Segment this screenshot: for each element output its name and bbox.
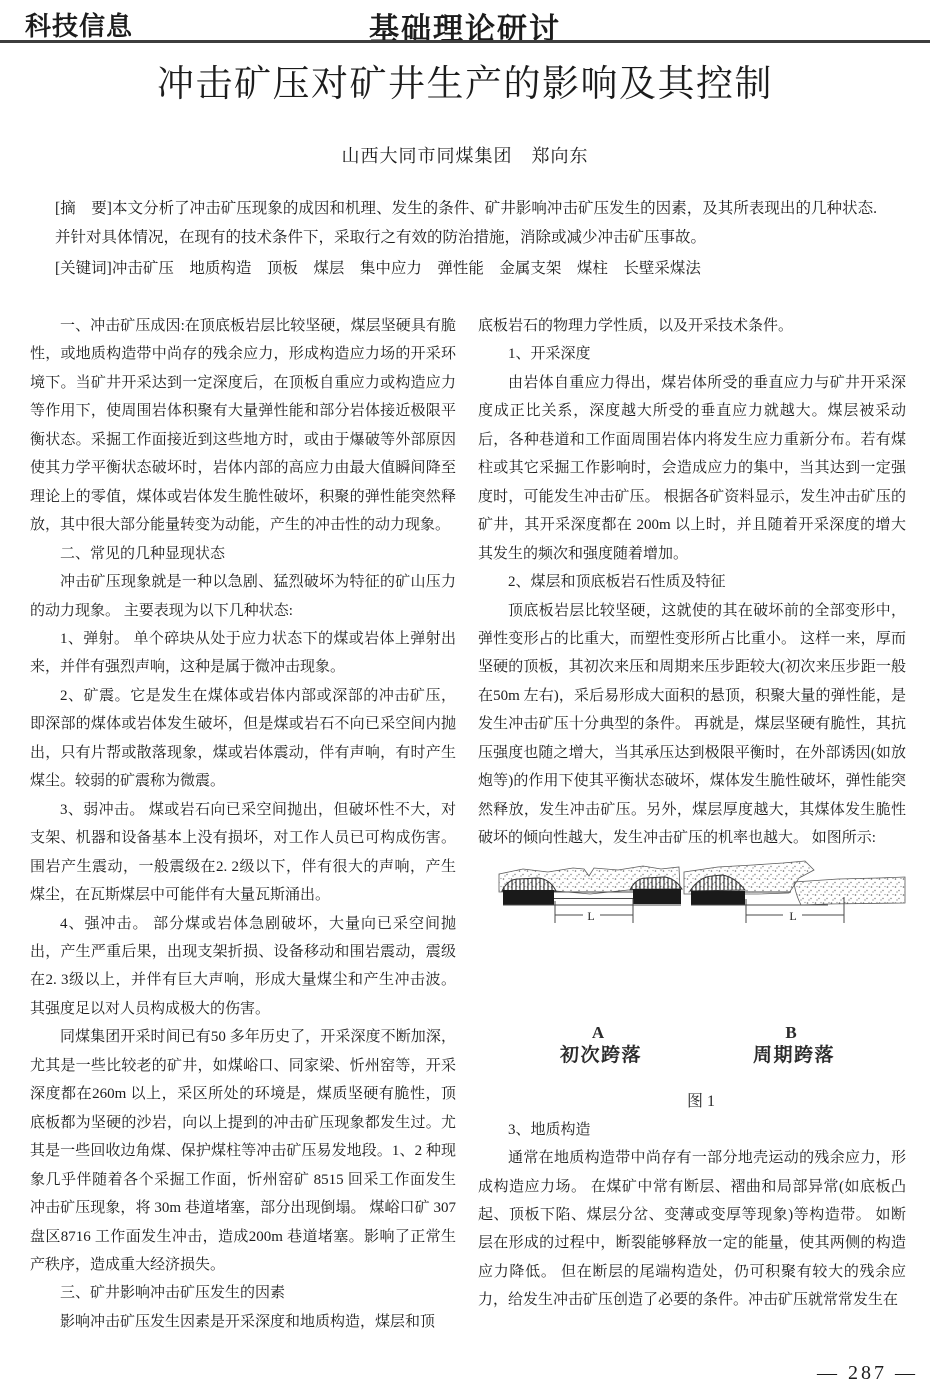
diagram-a-caption: 初次跨落 [559, 1043, 642, 1066]
keywords-text: 冲击矿压 地质构造 顶板 煤层 集中应力 弹性能 金属支架 煤柱 长壁采煤法 [112, 260, 701, 277]
page-number: — 287 — [817, 1362, 918, 1385]
diagram-b-periodic-caving: L [684, 861, 905, 923]
fallen-strata-b [794, 877, 905, 905]
coal-seam-a-right [633, 889, 681, 904]
diagram-a-first-caving: L [499, 866, 682, 923]
abstract-text: 本文分析了冲击矿压现象的成因和机理、发生的条件、矿井影响冲击矿压发生的因素，及其… [55, 200, 877, 246]
document-page: 科技信息 基础理论研讨 冲击矿压对矿井生产的影响及其控制 山西大同市同煤集团 郑… [0, 0, 930, 1400]
paragraph: 底板岩石的物理力学性质，以及开采技术条件。 [478, 312, 906, 340]
coal-seam-a-left [503, 890, 554, 905]
article-title: 冲击矿压对矿井生产的影响及其控制 [0, 62, 930, 108]
figure-1: L L A 初次跨落 B [478, 853, 906, 1116]
keywords-paragraph: [关键词]冲击矿压 地质构造 顶板 煤层 集中应力 弹性能 金属支架 煤柱 长壁… [55, 254, 877, 283]
abstract-label: [摘 要] [55, 200, 112, 217]
paragraph: 影响冲击矿压发生因素是开采深度和地质构造，煤层和顶 [30, 1308, 456, 1336]
span-label-a: L [587, 909, 594, 923]
header-divider-rule [0, 40, 930, 43]
paragraph: 由岩体自重应力得出，煤岩体所受的垂直应力与矿井开采深度成正比关系，深度越大所受的… [478, 369, 906, 568]
diagram-b-letter: B [785, 1023, 796, 1042]
diagram-a-letter: A [592, 1023, 605, 1042]
section-heading: 2、煤层和顶底板岩石性质及特征 [478, 568, 906, 596]
paragraph: 顶底板岩层比较坚硬，这就使的其在破坏前的全部变形中，弹性变形占的比重大，而塑性变… [478, 597, 906, 853]
coal-seam-b [691, 891, 745, 905]
section-heading: 二、常见的几种显现状态 [30, 540, 456, 568]
author-line: 山西大同市同煤集团 郑向东 [0, 144, 930, 168]
diagram-b-caption: 周期跨落 [753, 1043, 835, 1066]
left-column: 一、冲击矿压成因:在顶底板岩层比较坚硬，煤层坚硬具有脆性，或地质构造带中尚存的残… [30, 312, 456, 1336]
section-heading: 1、开采深度 [478, 340, 906, 368]
paragraph: 通常在地质构造带中尚存有一部分地壳运动的残余应力，形成构造应力场。 在煤矿中常有… [478, 1144, 906, 1315]
paragraph: 1、弹射。 单个碎块从处于应力状态下的煤或岩体上弹射出来，并伴有强烈声响，这种是… [30, 625, 456, 682]
figure-caption: 图 1 [687, 1092, 715, 1110]
paragraph: 冲击矿压现象就是一种以急剧、猛烈破坏为特征的矿山压力的动力现象。 主要表现为以下… [30, 568, 456, 625]
paragraph: 4、强冲击。 部分煤或岩体急剧破坏，大量向已采空间抛出，产生严重后果，出现支架折… [30, 910, 456, 1024]
body-columns: 一、冲击矿压成因:在顶底板岩层比较坚硬，煤层坚硬具有脆性，或地质构造带中尚存的残… [30, 312, 906, 1336]
section-heading: 3、地质构造 [478, 1116, 906, 1144]
right-column: 底板岩石的物理力学性质，以及开采技术条件。 1、开采深度 由岩体自重应力得出，煤… [478, 312, 906, 1336]
paragraph: 同煤集团开采时间已有50 多年历史了，开采深度不断加深，尤其是一些比较老的矿井，… [30, 1023, 456, 1279]
paragraph: 2、矿震。它是发生在煤体或岩体内部或深部的冲击矿压，即深部的煤体或岩体发生破坏，… [30, 682, 456, 796]
abstract-paragraph: [摘 要]本文分析了冲击矿压现象的成因和机理、发生的条件、矿井影响冲击矿压发生的… [55, 194, 877, 252]
span-label-b: L [789, 909, 796, 923]
keywords-label: [关键词] [55, 260, 112, 277]
figure-1-drawing: L L A 初次跨落 B [478, 853, 906, 1116]
section-heading: 三、矿井影响冲击矿压发生的因素 [30, 1279, 456, 1307]
paragraph: 3、弱冲击。 煤或岩石向已采空间抛出，但破坏性不大，对支架、机器和设备基本上没有… [30, 796, 456, 910]
abstract-block: [摘 要]本文分析了冲击矿压现象的成因和机理、发生的条件、矿井影响冲击矿压发生的… [55, 194, 877, 283]
section-heading: 一、冲击矿压成因:在顶底板岩层比较坚硬，煤层坚硬具有脆性，或地质构造带中尚存的残… [30, 312, 456, 540]
